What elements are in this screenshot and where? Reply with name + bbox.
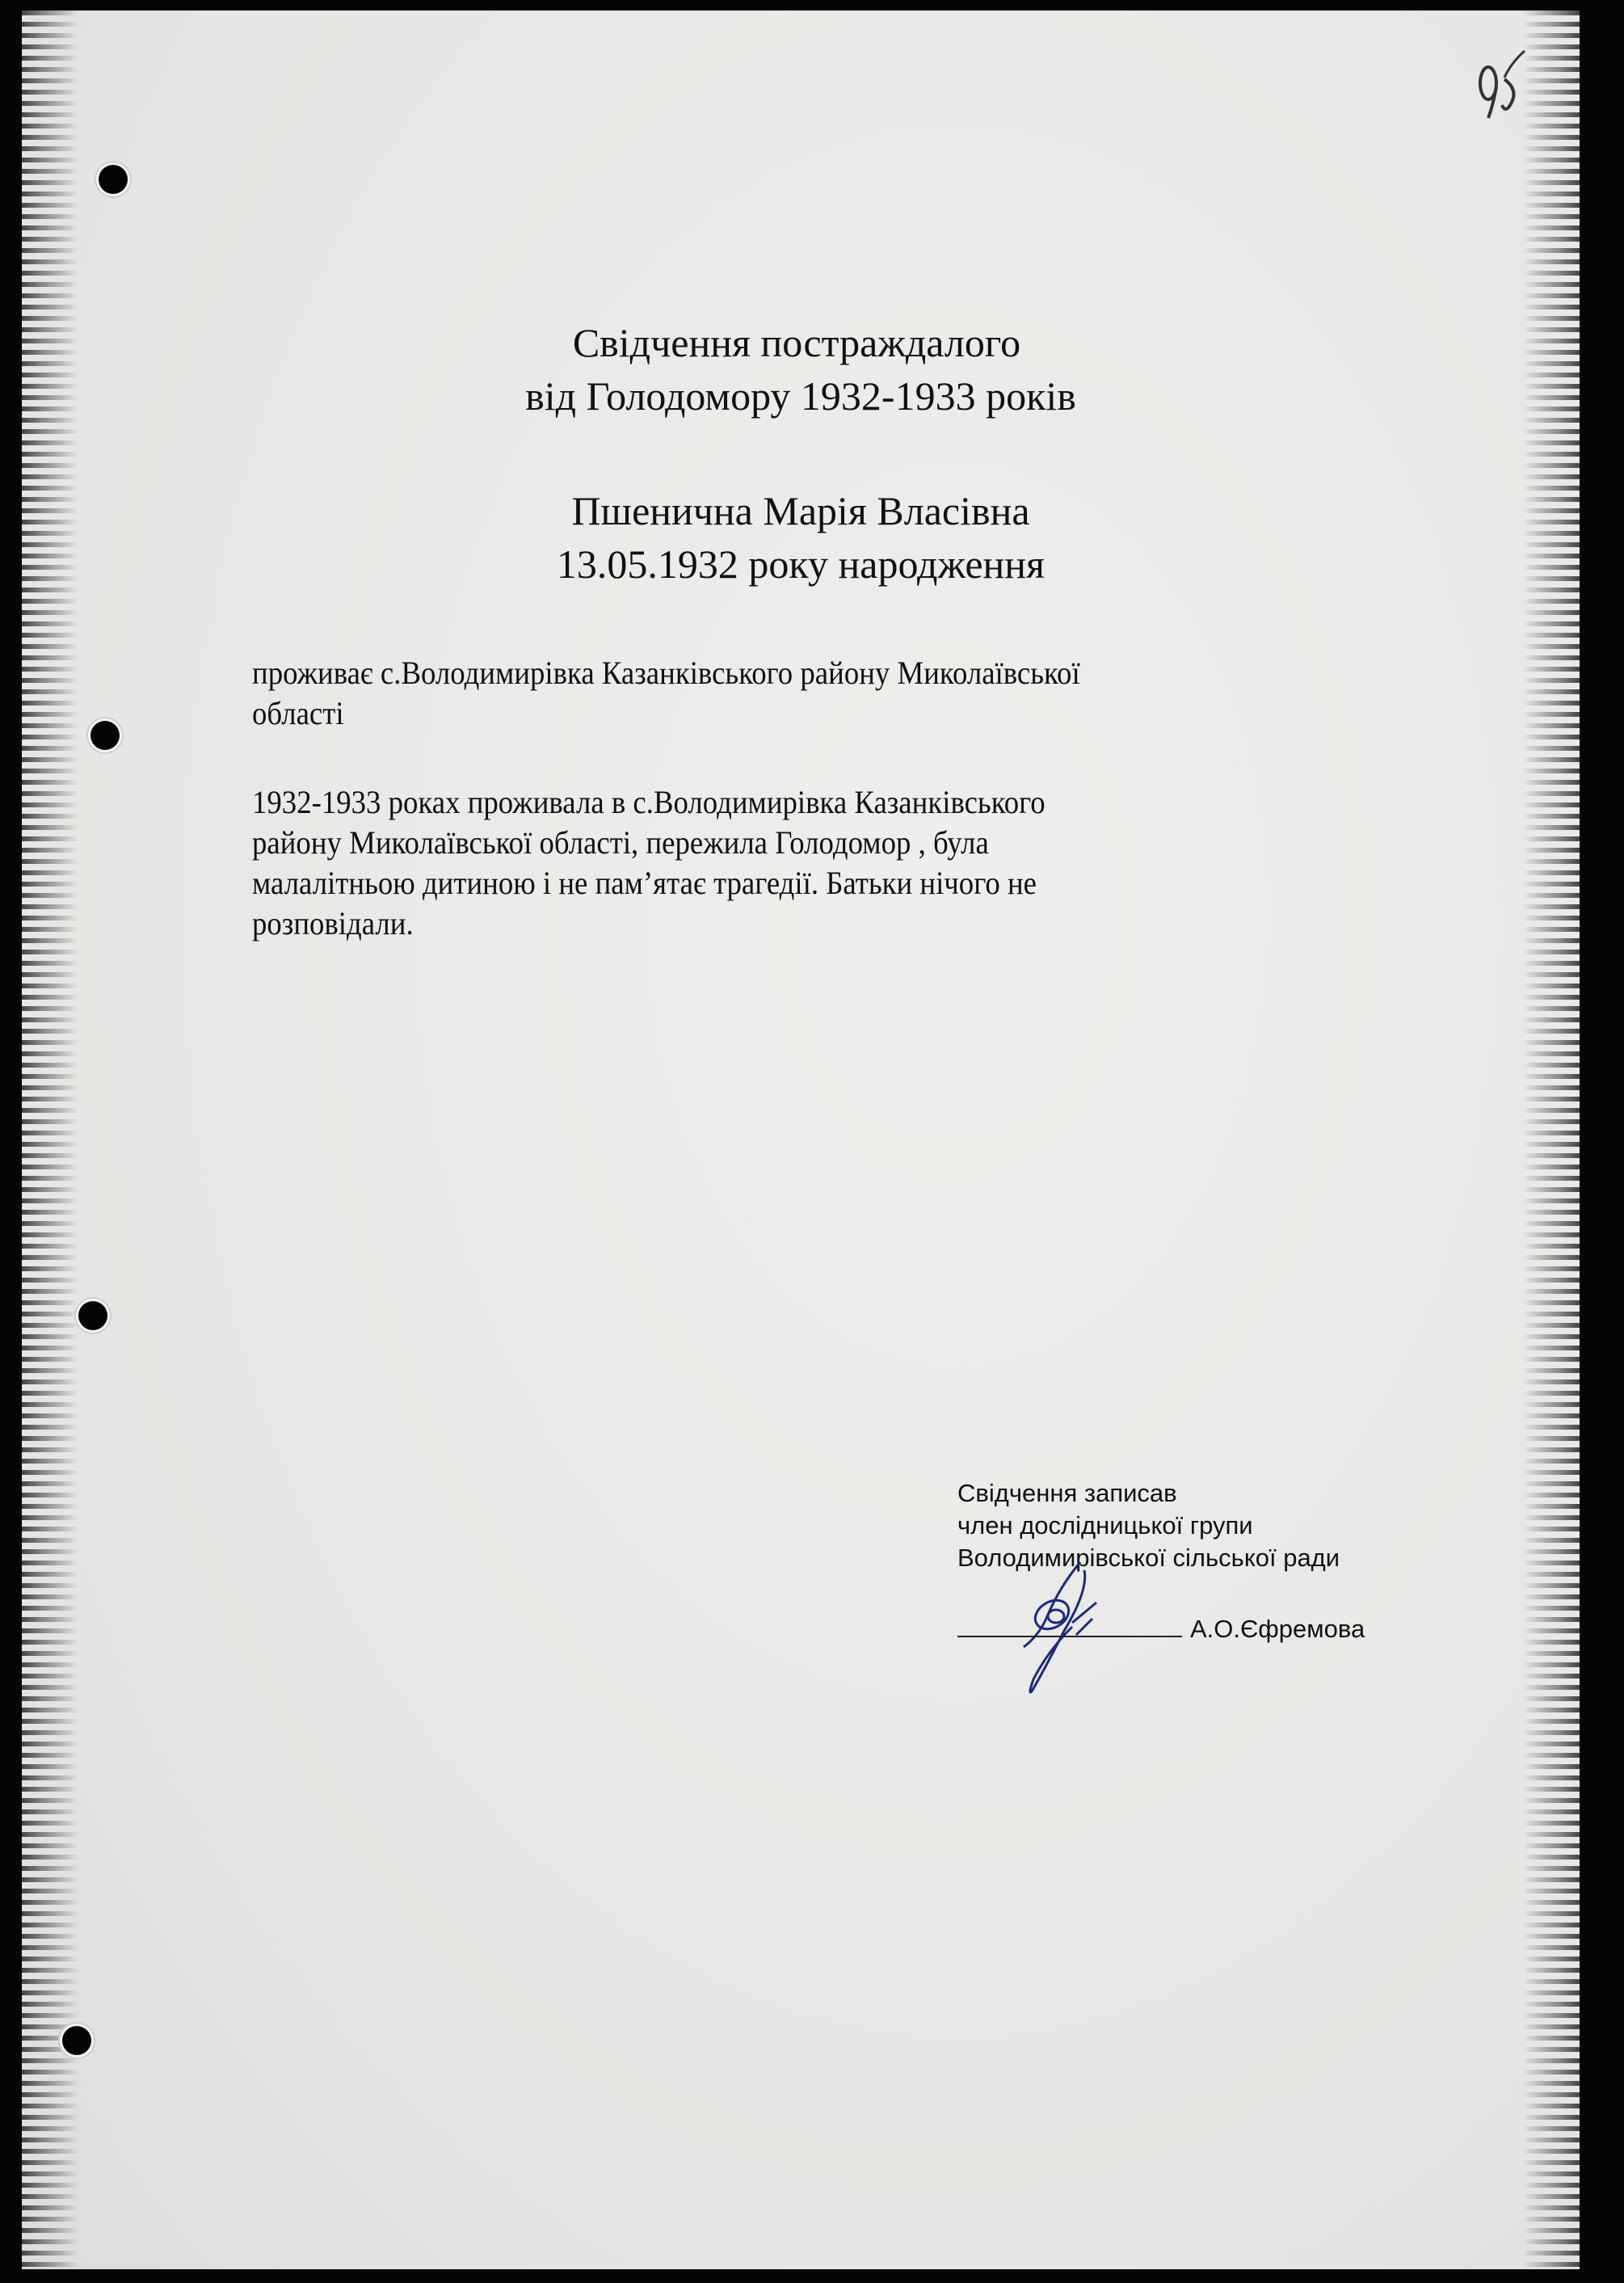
paragraph-line: розповідали. <box>252 904 1323 944</box>
subject-heading: Пшенична Марія Власівна 13.05.1932 року … <box>22 484 1580 591</box>
document-title: Свідчення постраждалого від Голодомору 1… <box>22 316 1580 423</box>
punch-hole <box>90 721 120 750</box>
paragraph-line: 1932-1933 роках проживала в с.Володимирі… <box>252 782 1323 823</box>
punch-hole <box>78 1301 107 1330</box>
recorder-line: Володимирівської сільської ради <box>957 1542 1340 1574</box>
paragraph-line: малалітньою дитиною і не пам’ятає трагед… <box>252 863 1323 904</box>
recorder-line: член дослідницької групи <box>957 1510 1340 1542</box>
title-line-1: Свідчення постраждалого <box>14 316 1580 369</box>
paragraph-line: області <box>252 693 1323 734</box>
subject-name: Пшенична Марія Власівна <box>22 484 1580 537</box>
recorder-block: Свідчення записав член дослідницької гру… <box>957 1477 1340 1574</box>
signature-row: А.О.Єфремова <box>957 1615 1365 1644</box>
recorder-line: Свідчення записав <box>957 1477 1340 1510</box>
punch-hole <box>99 165 128 194</box>
document-page: Свідчення постраждалого від Голодомору 1… <box>22 11 1580 2269</box>
signature-name: А.О.Єфремова <box>1190 1615 1365 1644</box>
testimony-paragraph: 1932-1933 роках проживала в с.Володимирі… <box>252 782 1323 944</box>
handwritten-page-number <box>1472 47 1545 120</box>
punch-hole <box>62 2026 91 2055</box>
paragraph-line: проживає с.Володимирівка Казанківського … <box>252 653 1323 693</box>
signature-line <box>957 1636 1182 1637</box>
title-line-2: від Голодомору 1932-1933 років <box>22 369 1580 423</box>
paragraph-line: району Миколаївської області, пережила Г… <box>252 823 1323 863</box>
residence-paragraph: проживає с.Володимирівка Казанківського … <box>252 653 1323 734</box>
subject-birth: 13.05.1932 року народження <box>22 537 1580 591</box>
